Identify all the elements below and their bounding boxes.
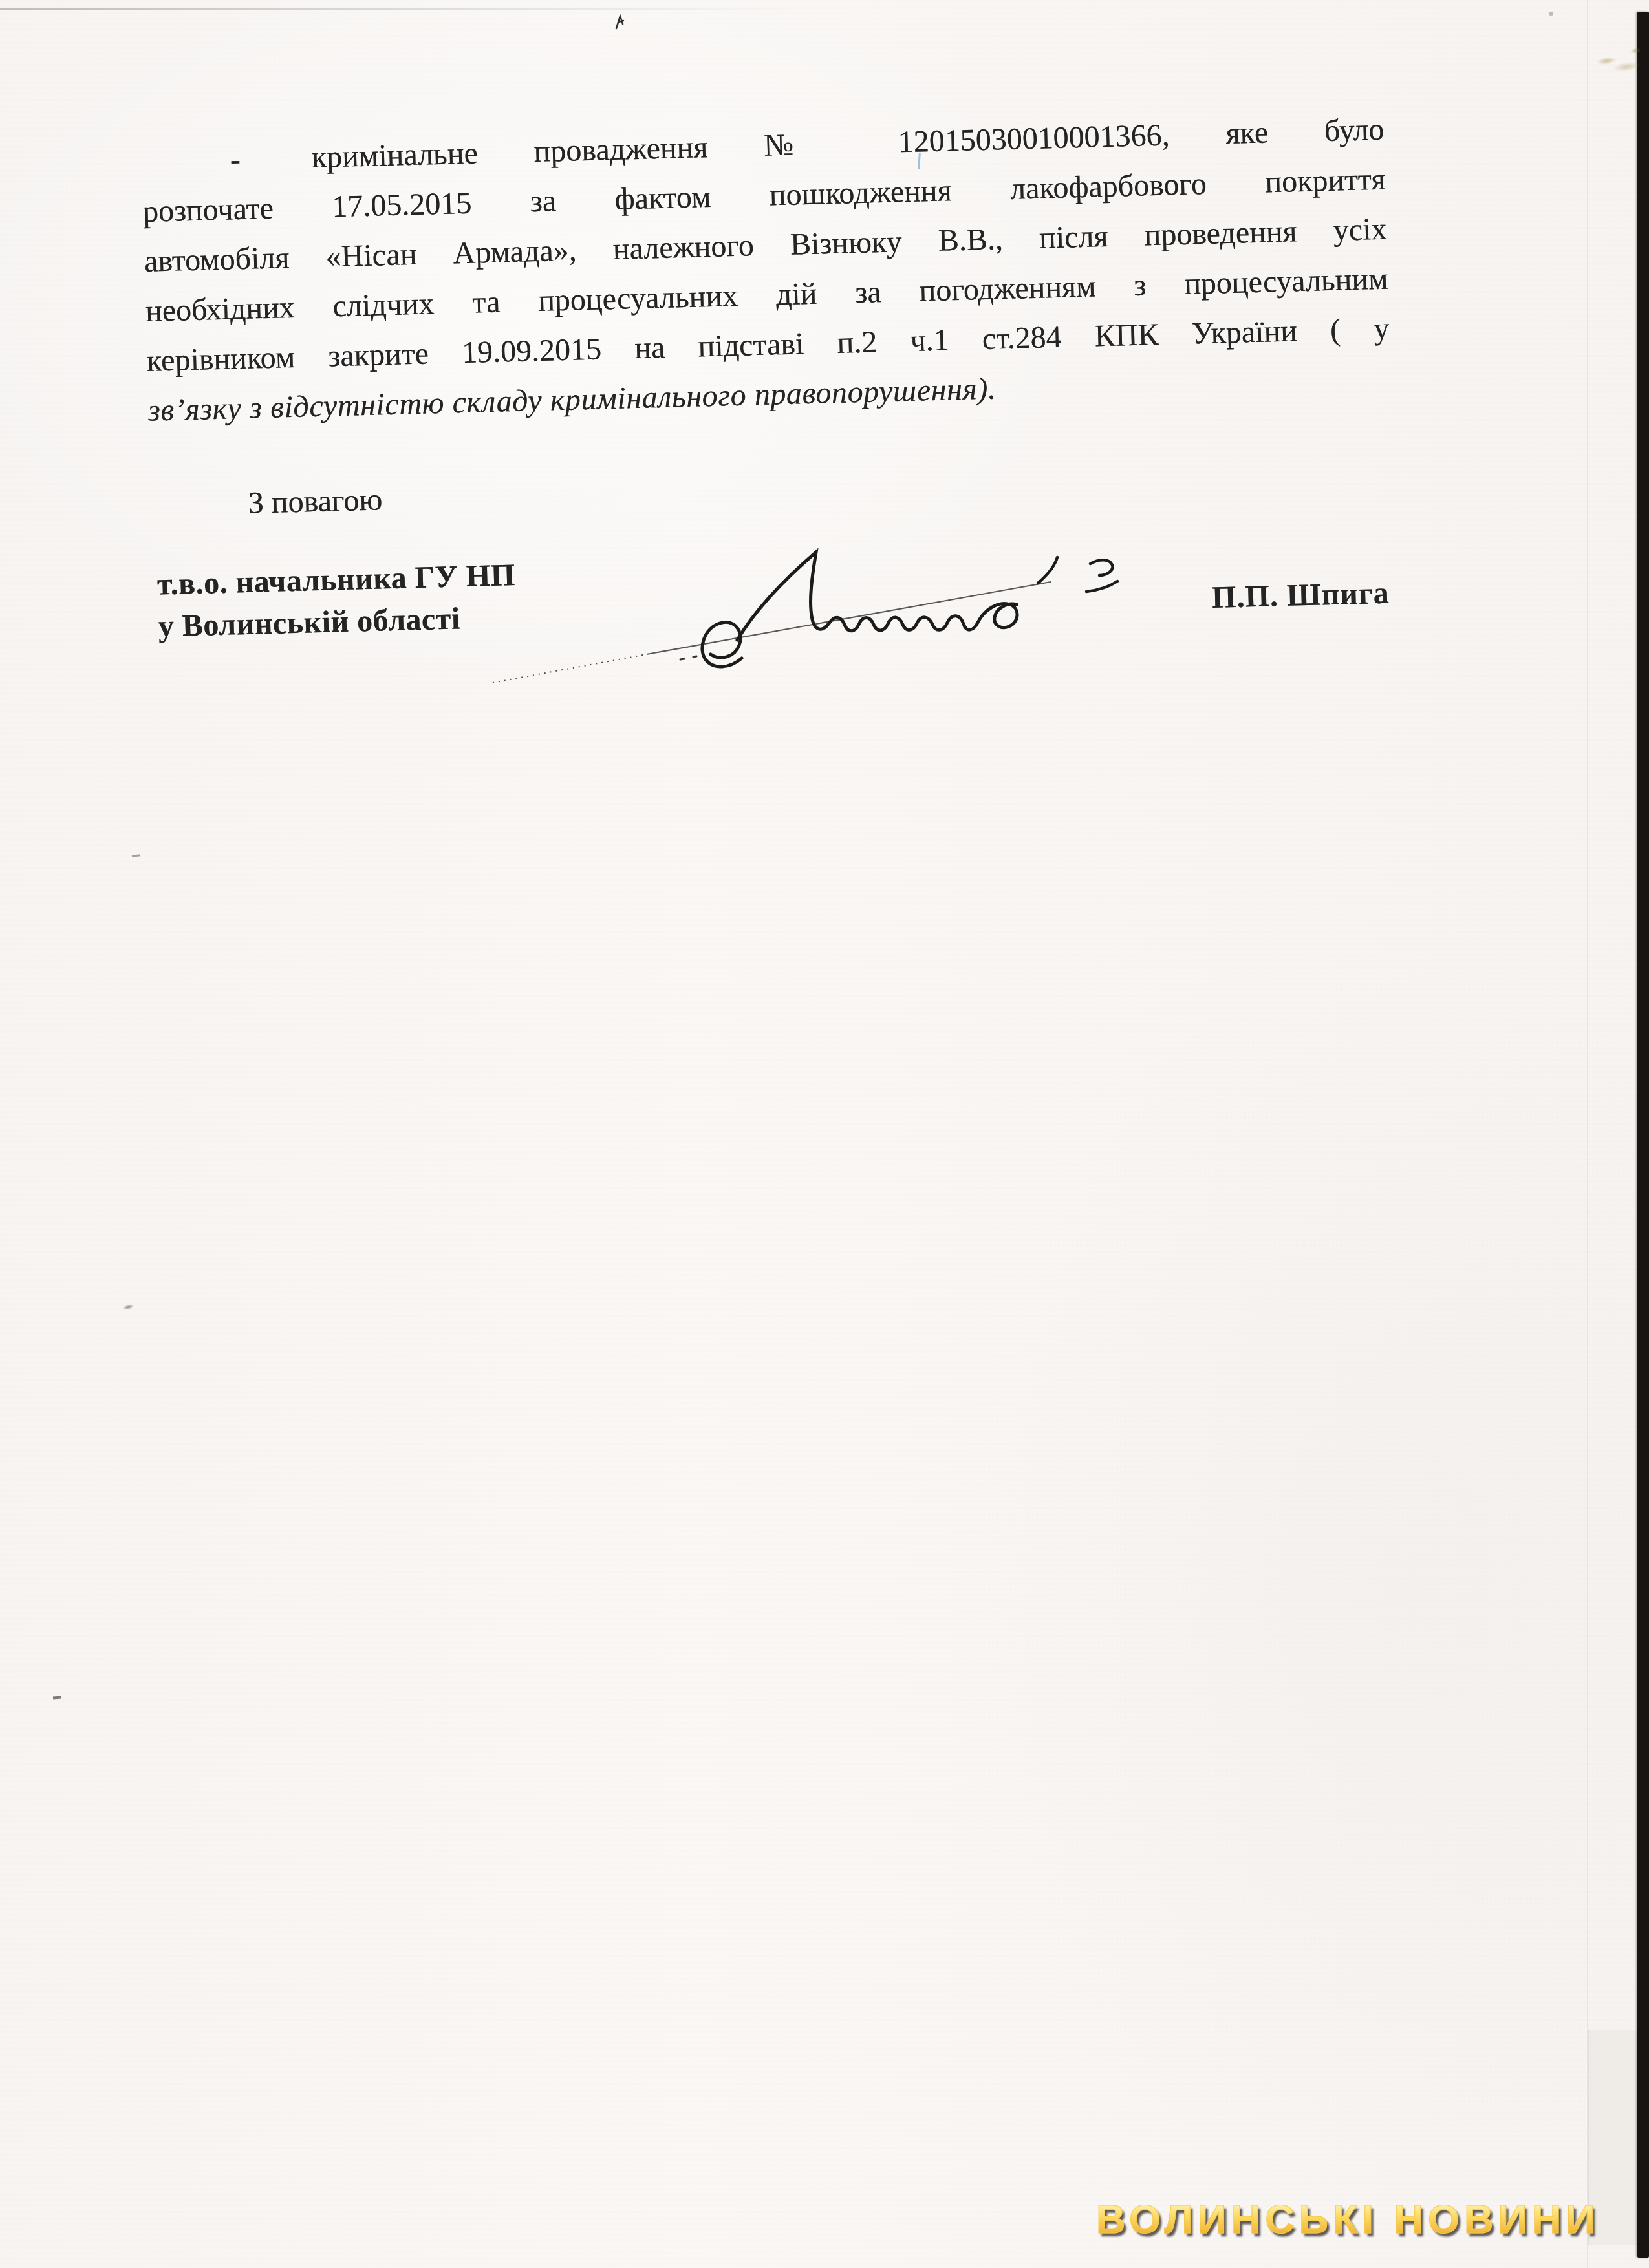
tab-spacer <box>241 167 312 169</box>
list-dash: - <box>230 142 241 177</box>
watermark-text: ВОЛИНСЬКІ НОВИНИ <box>1096 2201 1600 2238</box>
signer-name: П.П. Шпига <box>1211 572 1390 619</box>
dust-speck <box>122 1303 134 1311</box>
scanner-top-edge-line <box>0 8 821 10</box>
dust-speck <box>1549 12 1553 16</box>
top-ink-speck <box>614 14 626 30</box>
dust-speck <box>132 854 140 857</box>
dust-speck <box>53 1696 61 1700</box>
scanner-edge-shadow <box>1637 12 1649 2258</box>
document-page: -кримінальне провадження № 1201503001000… <box>0 0 1649 2268</box>
letter-body: -кримінальне провадження № 1201503001000… <box>141 105 1404 913</box>
closing-salutation: З повагою <box>248 475 383 528</box>
corner-smudge <box>1587 37 1649 88</box>
handwritten-signature-image <box>453 530 1164 724</box>
paper-fold-line <box>1587 0 1588 2268</box>
